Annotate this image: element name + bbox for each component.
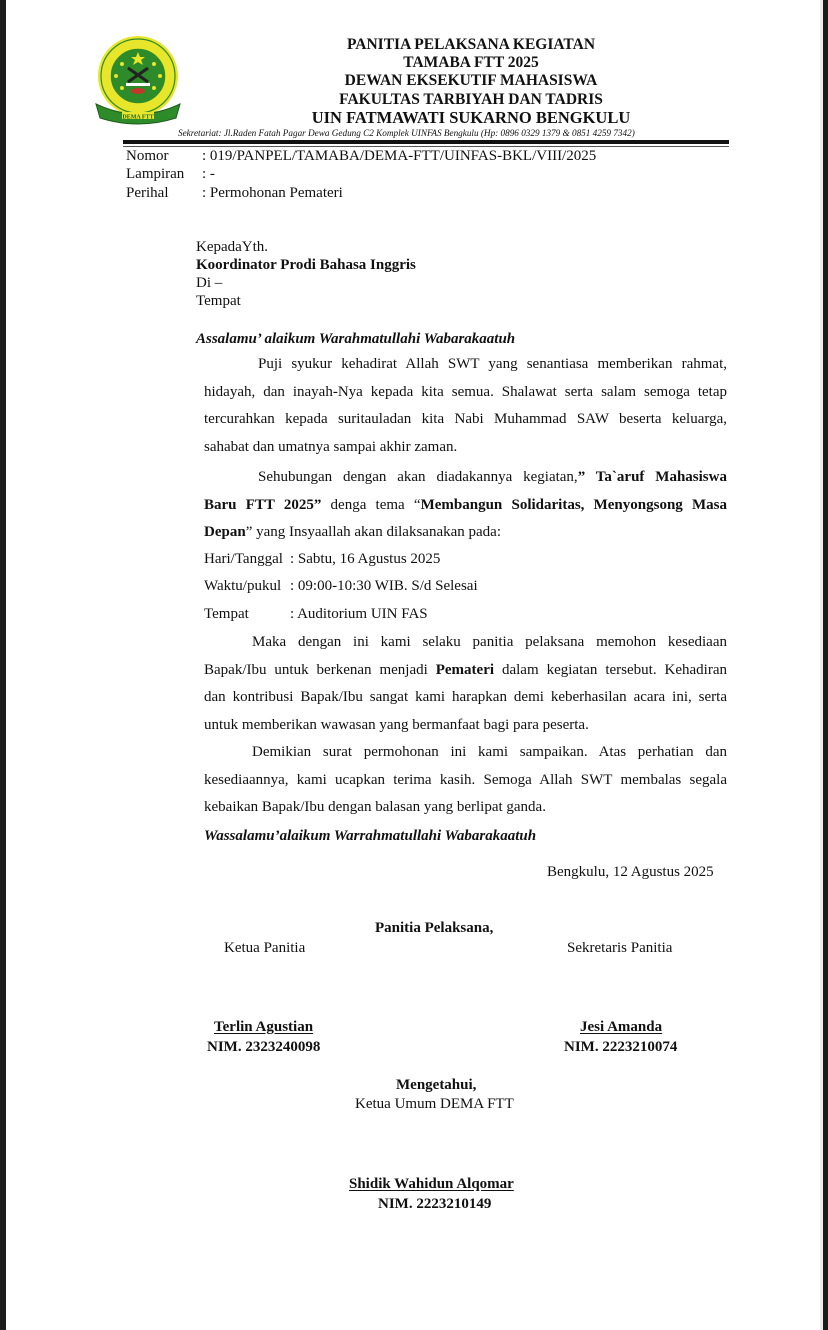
event-date-label: Hari/Tanggal: [204, 551, 283, 568]
recipient-di: Di –: [196, 275, 222, 292]
opening-greeting: Assalamu’ alaikum Warahmatullahi Wabarak…: [196, 331, 515, 348]
event-theme: Membangun Solidaritas, Menyongsong Masa: [421, 497, 727, 513]
paragraph-closing: Demikian surat permohonan ini kami sampa…: [204, 739, 727, 822]
event-name: ” Ta`aruf Mahasiswa: [578, 469, 727, 485]
chair-nim: NIM. 2323240098: [207, 1039, 320, 1056]
letterhead-line: PANITIA PELAKSANA KEGIATAN: [276, 36, 666, 54]
meta-value-lampiran: : -: [202, 165, 215, 184]
committee-heading: Panitia Pelaksana,: [375, 920, 493, 937]
letterhead-line: FAKULTAS TARBIYAH DAN TADRIS: [276, 91, 666, 109]
letterhead-line: DEWAN EKSEKUTIF MAHASISWA: [276, 72, 666, 90]
document-page: DEMA FTT PANITIA PELAKSANA KEGIATAN TAMA…: [6, 0, 823, 1330]
letterhead-line: UIN FATMAWATI SUKARNO BENGKULU: [276, 109, 666, 127]
letterhead-divider: [123, 140, 729, 144]
meta-label-lampiran: Lampiran: [126, 165, 184, 184]
event-time-label: Waktu/pukul: [204, 578, 281, 595]
president-name: Shidik Wahidun Alqomar: [349, 1176, 514, 1193]
secretary-nim: NIM. 2223210074: [564, 1039, 677, 1056]
president-nim: NIM. 2223210149: [378, 1196, 491, 1213]
secretariat-address: Sekretariat: Jl.Raden Fatah Pagar Dewa G…: [178, 128, 635, 138]
chair-role: Ketua Panitia: [224, 940, 305, 957]
event-date-value: : Sabtu, 16 Agustus 2025: [290, 551, 440, 568]
event-place-value: : Auditorium UIN FAS: [290, 606, 428, 623]
role-requested: Pemateri: [436, 662, 494, 678]
secretary-role: Sekretaris Panitia: [567, 940, 672, 957]
meta-value-nomor: : 019/PANPEL/TAMABA/DEMA-FTT/UINFAS-BKL/…: [202, 147, 596, 166]
letterhead-title: PANITIA PELAKSANA KEGIATAN TAMABA FTT 20…: [276, 36, 666, 127]
paragraph-event: Sehubungan dengan akan diadakannya kegia…: [204, 464, 727, 547]
dema-ftt-emblem-icon: DEMA FTT: [88, 34, 188, 126]
meta-value-perihal: : Permohonan Pemateri: [202, 184, 343, 203]
president-role: Ketua Umum DEMA FTT: [355, 1096, 514, 1113]
svg-text:DEMA FTT: DEMA FTT: [122, 115, 153, 121]
recipient-place: Tempat: [196, 293, 241, 310]
closing-greeting: Wassalamu’alaikum Warrahmatullahi Wabara…: [204, 828, 536, 845]
paragraph-request: Maka dengan ini kami selaku panitia pela…: [204, 629, 727, 739]
letterhead-line: TAMABA FTT 2025: [276, 54, 666, 72]
chair-name: Terlin Agustian: [214, 1019, 313, 1036]
secretary-name: Jesi Amanda: [580, 1019, 662, 1036]
event-time-value: : 09:00-10:30 WIB. S/d Selesai: [290, 578, 478, 595]
paragraph-opening: Puji syukur kehadirat Allah SWT yang sen…: [204, 351, 727, 461]
recipient-name: Koordinator Prodi Bahasa Inggris: [196, 257, 416, 274]
place-date: Bengkulu, 12 Agustus 2025: [547, 864, 714, 881]
event-place-label: Tempat: [204, 606, 249, 623]
acknowledged-heading: Mengetahui,: [396, 1077, 476, 1094]
meta-label-nomor: Nomor: [126, 147, 169, 166]
recipient-salutation: KepadaYth.: [196, 239, 268, 256]
meta-label-perihal: Perihal: [126, 184, 169, 203]
